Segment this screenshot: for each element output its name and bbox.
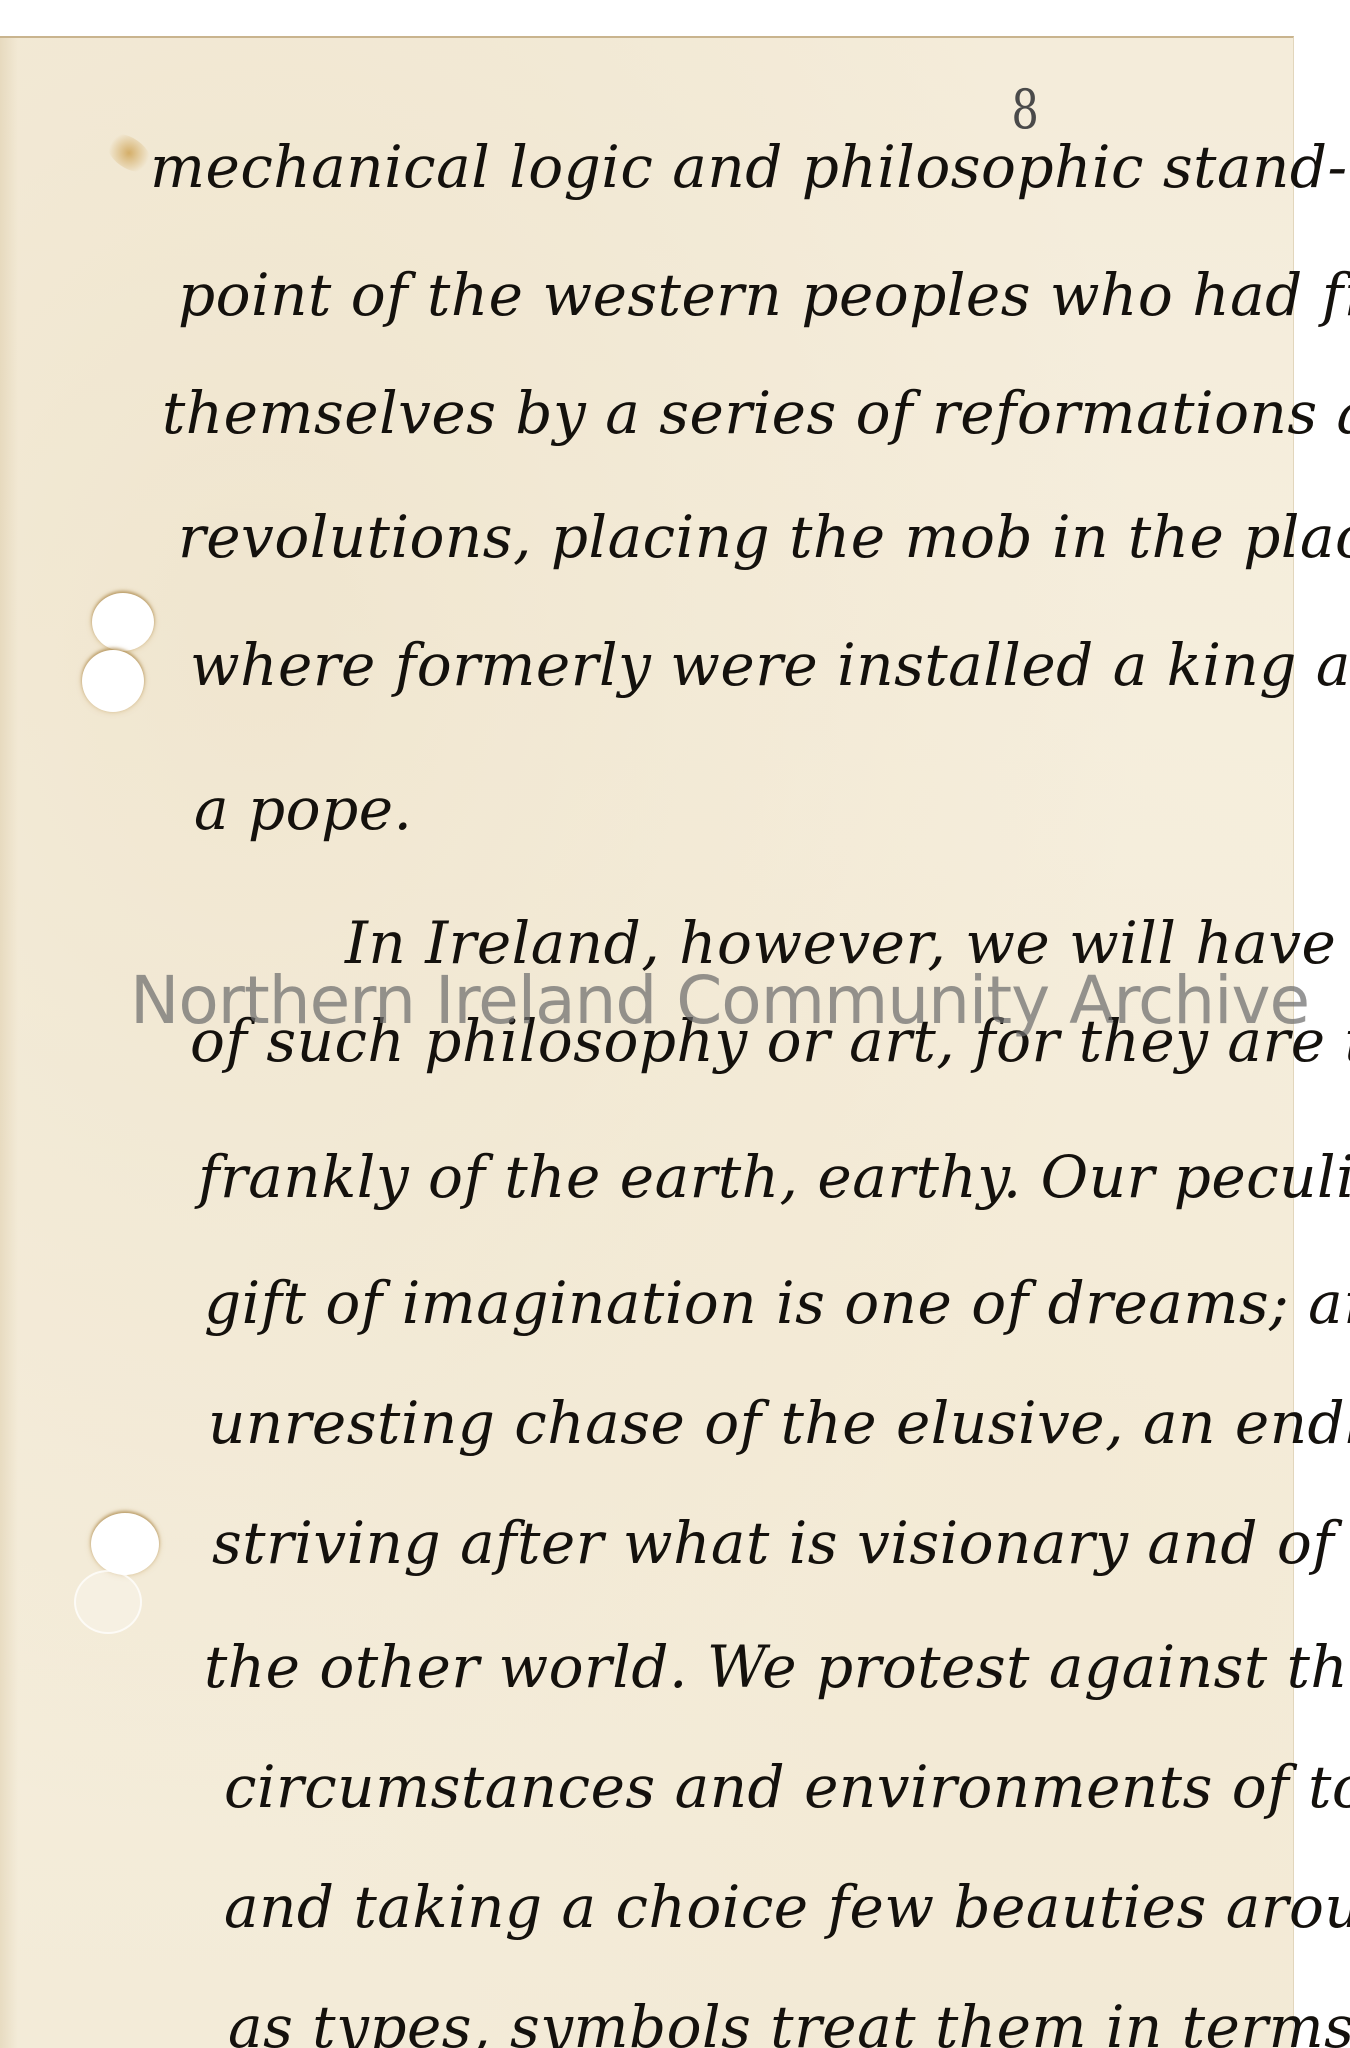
- text-line-14: circumstances and environments of to-day…: [224, 1758, 1350, 1816]
- punch-hole-bottom: [91, 1513, 159, 1575]
- reinforcement-ring: [74, 1570, 142, 1634]
- text-line-9: frankly of the earth, earthy. Our peculi…: [198, 1148, 1350, 1206]
- text-line-4: revolutions, placing the mob in the plac…: [178, 508, 1350, 566]
- punch-hole-top-lower: [82, 650, 144, 712]
- archive-watermark: Northern Ireland Community Archive: [130, 962, 1309, 1039]
- text-line-15: and taking a choice few beauties around …: [224, 1878, 1350, 1936]
- text-line-3: themselves by a series of reformations a…: [162, 384, 1350, 442]
- text-line-1: mechanical logic and philosophic stand-: [150, 138, 1348, 196]
- manuscript-page: 8 mechanical logic and philosophic stand…: [0, 36, 1294, 2048]
- text-line-10: gift of imagination is one of dreams; an: [204, 1274, 1350, 1332]
- punch-hole-top-upper: [92, 593, 154, 651]
- text-line-13: the other world. We protest against the: [204, 1638, 1350, 1696]
- text-line-6: a pope.: [194, 780, 412, 838]
- text-line-11: unresting chase of the elusive, an endle…: [208, 1394, 1350, 1452]
- text-line-2: point of the western peoples who had fre…: [178, 266, 1350, 324]
- page-number: 8: [1011, 78, 1038, 141]
- text-line-12: striving after what is visionary and of: [212, 1514, 1334, 1572]
- text-line-16: as types, symbols treat them in terms of: [228, 1998, 1350, 2048]
- text-line-5: where formerly were installed a king and: [190, 636, 1350, 694]
